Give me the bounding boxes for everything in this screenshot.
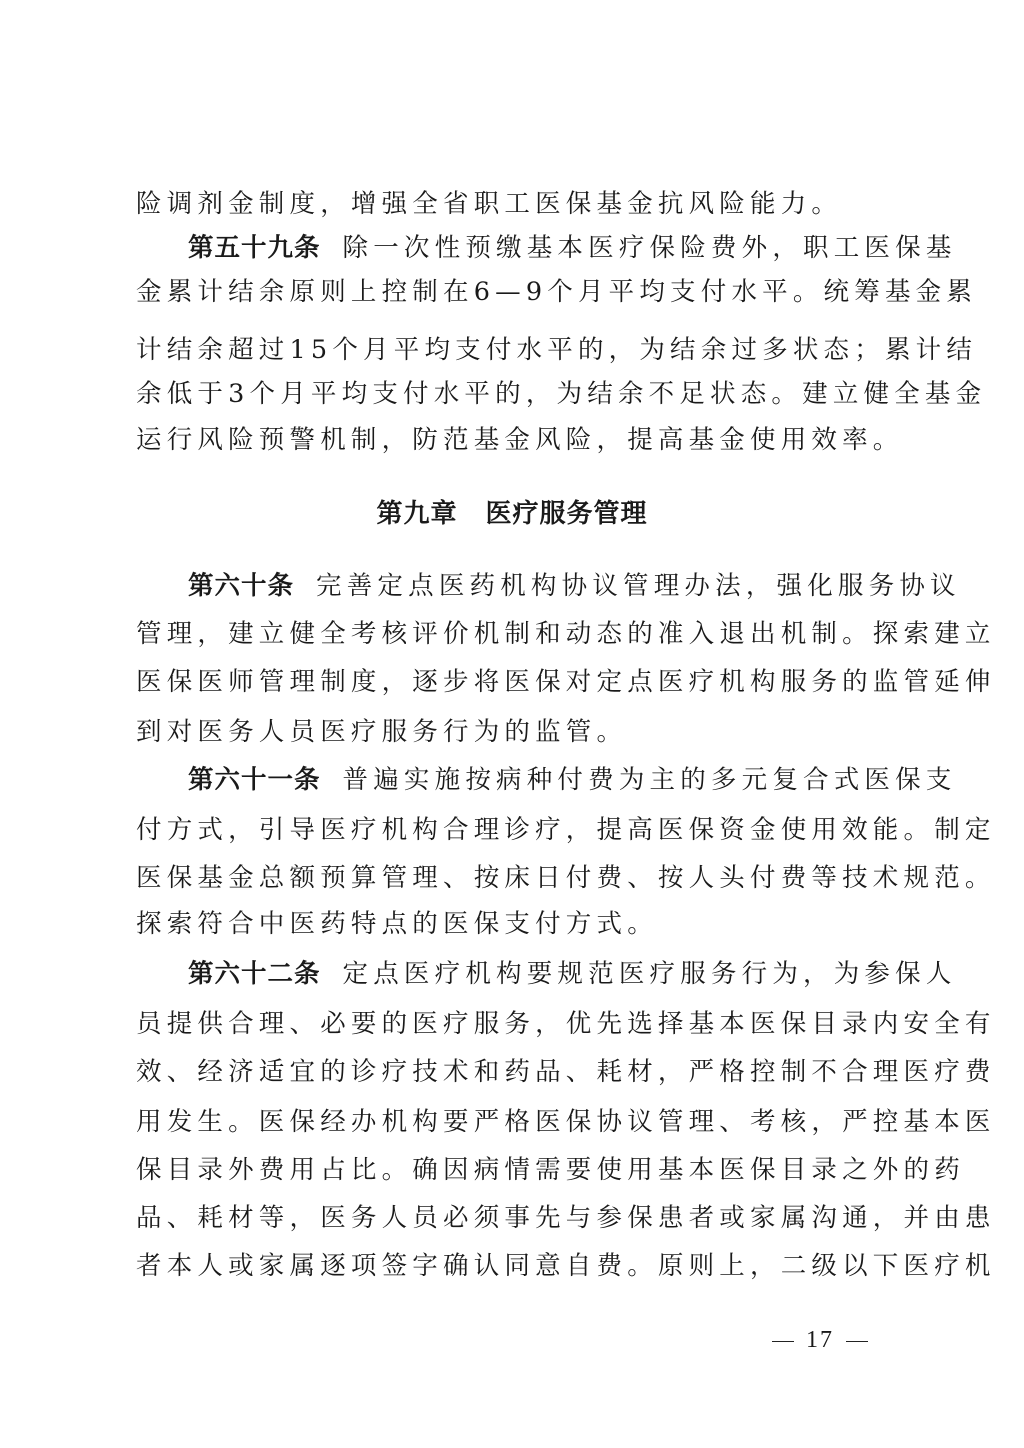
paragraph-line: 金累计结余原则上控制在6—9个月平均支付水平。统筹基金累 bbox=[136, 270, 896, 314]
page-number: 17 bbox=[760, 1324, 880, 1356]
paragraph-line: 医保医师管理制度，逐步将医保对定点医疗机构服务的监管延伸 bbox=[136, 660, 896, 704]
paragraph-line: 医保基金总额预算管理、按床日付费、按人头付费等技术规范。 bbox=[136, 856, 896, 900]
dash-left bbox=[772, 1341, 794, 1342]
chapter-title: 医疗服务管理 bbox=[486, 499, 648, 529]
article-59-text: 除一次性预缴基本医疗保险费外，职工医保基 bbox=[343, 233, 957, 263]
article-60-text: 完善定点医药机构协议管理办法，强化服务协议 bbox=[316, 571, 961, 601]
paragraph-line: 运行风险预警机制，防范基金风险，提高基金使用效率。 bbox=[136, 418, 896, 462]
chapter-heading: 第九章医疗服务管理 bbox=[0, 492, 1024, 536]
article-61-first-line: 第六十一条普遍实施按病种付费为主的多元复合式医保支 bbox=[188, 758, 896, 802]
article-59-first-line: 第五十九条除一次性预缴基本医疗保险费外，职工医保基 bbox=[188, 226, 896, 270]
article-62-text: 定点医疗机构要规范医疗服务行为，为参保人 bbox=[343, 959, 957, 989]
article-60-label: 第六十条 bbox=[188, 571, 294, 601]
paragraph-line: 计结余超过15个月平均支付水平的，为结余过多状态；累计结 bbox=[136, 328, 896, 372]
paragraph-line: 余低于3个月平均支付水平的，为结余不足状态。建立健全基金 bbox=[136, 372, 896, 416]
article-59-label: 第五十九条 bbox=[188, 233, 321, 263]
paragraph-line: 员提供合理、必要的医疗服务，优先选择基本医保目录内安全有 bbox=[136, 1002, 896, 1046]
paragraph-line: 险调剂金制度，增强全省职工医保基金抗风险能力。 bbox=[136, 182, 896, 226]
paragraph-line: 探索符合中医药特点的医保支付方式。 bbox=[136, 902, 896, 946]
paragraph-line: 付方式，引导医疗机构合理诊疗，提高医保资金使用效能。制定 bbox=[136, 808, 896, 852]
page-number-value: 17 bbox=[806, 1327, 834, 1353]
article-61-label: 第六十一条 bbox=[188, 765, 321, 795]
paragraph-line: 品、耗材等，医务人员必须事先与参保患者或家属沟通，并由患 bbox=[136, 1196, 896, 1240]
paragraph-line: 效、经济适宜的诊疗技术和药品、耗材，严格控制不合理医疗费 bbox=[136, 1050, 896, 1094]
dash-right bbox=[846, 1341, 868, 1342]
document-page: 险调剂金制度，增强全省职工医保基金抗风险能力。 第五十九条除一次性预缴基本医疗保… bbox=[0, 0, 1024, 1448]
article-60-first-line: 第六十条完善定点医药机构协议管理办法，强化服务协议 bbox=[188, 564, 896, 608]
article-61-text: 普遍实施按病种付费为主的多元复合式医保支 bbox=[343, 765, 957, 795]
paragraph-line: 管理，建立健全考核评价机制和动态的准入退出机制。探索建立 bbox=[136, 612, 896, 656]
article-62-label: 第六十二条 bbox=[188, 959, 321, 989]
paragraph-line: 者本人或家属逐项签字确认同意自费。原则上，二级以下医疗机 bbox=[136, 1244, 896, 1288]
paragraph-line: 到对医务人员医疗服务行为的监管。 bbox=[136, 710, 896, 754]
paragraph-line: 保目录外费用占比。确因病情需要使用基本医保目录之外的药 bbox=[136, 1148, 896, 1192]
chapter-number: 第九章 bbox=[376, 499, 457, 529]
paragraph-line: 用发生。医保经办机构要严格医保协议管理、考核，严控基本医 bbox=[136, 1100, 896, 1144]
article-62-first-line: 第六十二条定点医疗机构要规范医疗服务行为，为参保人 bbox=[188, 952, 896, 996]
